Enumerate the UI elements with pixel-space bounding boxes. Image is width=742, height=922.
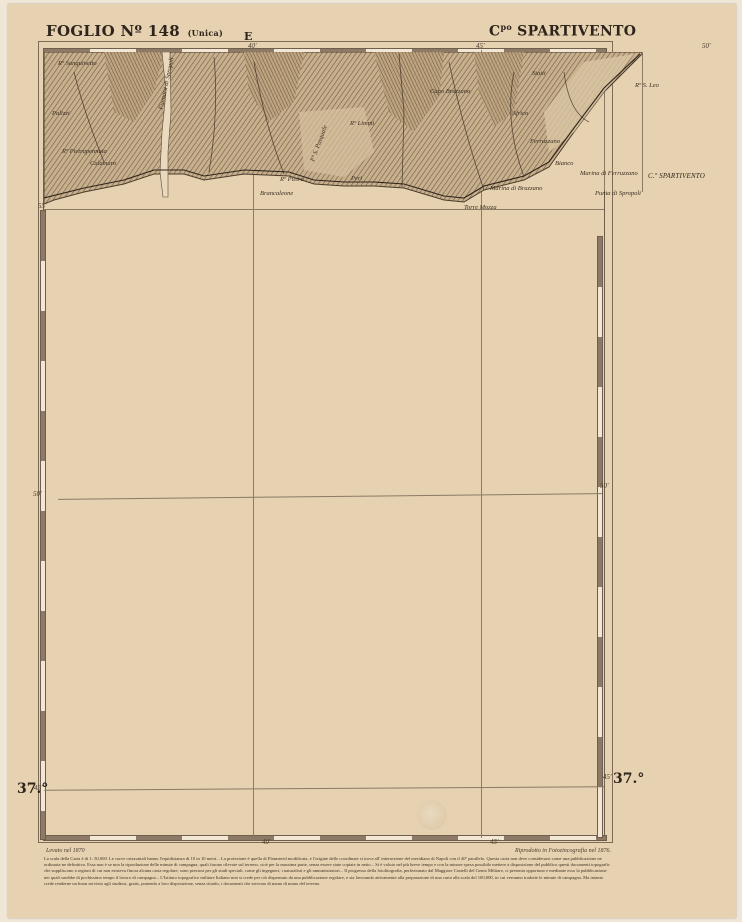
tick-right-50: 50' (600, 482, 609, 490)
notes-line: crede renderne un buon servizio agli stu… (44, 881, 610, 887)
place-label: Africo (512, 110, 528, 117)
sheet-subtitle: (Unica) (188, 28, 224, 38)
place-label: Calamaro (90, 160, 116, 167)
place-label: Ferruzzano (530, 138, 560, 145)
tick-right-45: 45' (603, 773, 612, 781)
latitude-label-right: 37.° (613, 771, 644, 787)
map-notes: La scala della Carta è di 1: 50,000. Le … (44, 856, 610, 887)
place-label: Punta di Spropoli (595, 190, 641, 197)
place-label: Peri (351, 175, 362, 182)
reproduction-credit: Riprodotto in Fotozincografia nel 1876. (515, 848, 611, 854)
sheet-region-title: Cpo SPARTIVENTO (489, 22, 636, 40)
tick-bottom-45: 45' (490, 838, 499, 846)
place-label: Rº Pietra (280, 176, 304, 183)
place-label: Palizzi (52, 110, 70, 117)
place-label: Rº S. Leo (635, 82, 659, 89)
notes-line: nei quali sarebbe di pochissimo tempo il… (44, 875, 610, 881)
place-label: Capo Bruzzano (430, 88, 470, 95)
place-label: Marina di Bruzzano (490, 185, 542, 192)
cape-spartivento-label: C.º SPARTIVENTO (648, 172, 705, 180)
tick-top-45: 45' (476, 42, 485, 50)
tick-bottom-40: 40' (262, 838, 271, 846)
scale-border-right (597, 236, 603, 838)
scale-border-bottom (43, 835, 607, 841)
tick-left-50: 50' (33, 490, 42, 498)
scale-border-left (40, 210, 46, 840)
place-label: Rº Pietrapennata (62, 148, 107, 155)
sheet-edge-east (642, 52, 643, 192)
sheet-number: FOGLIO Nº 148 (46, 22, 180, 40)
tick-top-40: 40' (248, 42, 257, 50)
place-label: Bianco (555, 160, 573, 167)
cape-name: SPARTIVENTO (517, 24, 636, 40)
sheet-title: FOGLIO Nº 148 (Unica) (46, 22, 223, 40)
place-label: Rº Sanguinetto (58, 60, 97, 67)
cape-prefix-sup: po (500, 22, 512, 32)
place-label: Rº Limmi (350, 120, 374, 127)
place-label: Brancaleone (260, 190, 293, 197)
latitude-label-left: 37.° (17, 781, 48, 797)
terrain-relief[interactable] (44, 52, 642, 212)
embossed-stamp (417, 800, 447, 830)
survey-credit: Levato nel 1870 (46, 848, 85, 854)
tick-top-50: 50' (702, 42, 711, 50)
place-label: Torre Mozza (464, 204, 497, 211)
place-label: Staiti (532, 70, 546, 77)
cape-prefix: C (489, 24, 500, 40)
notes-line: che suppliscono a regioni di cui non esi… (44, 868, 610, 874)
place-label: Marina di Ferruzzano (580, 170, 638, 177)
